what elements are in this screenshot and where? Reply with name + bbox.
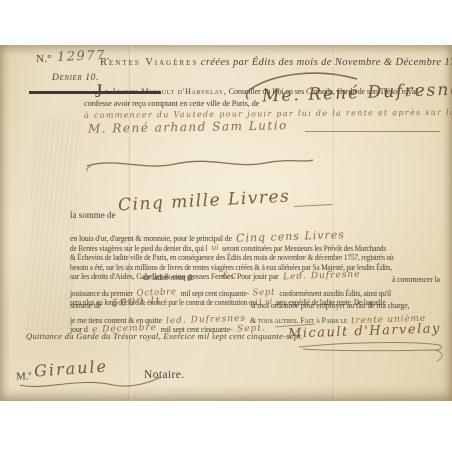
document-number-label: N.°: [36, 53, 52, 65]
document-title: Rentes Viagères créées par Édits des moi…: [100, 57, 452, 68]
body-l9-print-b: à moi ordonnée pour employer au fait de …: [252, 301, 409, 310]
quittance-line: Quittance du Garde du Trésor royal, Exer…: [26, 331, 304, 341]
wave-flourish: [85, 154, 315, 172]
sum-amount-dash: [294, 204, 332, 207]
sum-amount-handwritten: Cinq mille Livres: [118, 187, 291, 216]
tete-line-rule: [305, 131, 440, 132]
tete-line-handwritten: M. René arhand Sam Lutio: [88, 118, 288, 135]
notaire-label: Notaire.: [144, 369, 185, 381]
body-l6-print-b: à commencer la: [392, 275, 440, 284]
body-l6-handwritten: &c.: [222, 271, 241, 282]
intro-line2: confesse avoir reçu comptant en cette vi…: [84, 98, 259, 108]
body-line-5: sur les droits d'Aides, Gabelles & cinq …: [70, 266, 364, 284]
body-l5-handwritten: Led. Dufresne: [282, 269, 360, 282]
intro-opening: e Joseph Micault d'Harvelay,: [105, 86, 227, 96]
body-l9-print-a: somme de: [70, 301, 101, 310]
sum-label: la somme de: [70, 210, 116, 220]
document-scan: N.° 12977. Denier 10. Rentes Viagères cr…: [0, 45, 452, 401]
body-l6-print-a: de ladite rente de: [143, 273, 194, 282]
title-rest: créées par Édits des mois de Novembre & …: [201, 57, 452, 68]
page: { "meta": { "page_bg": "#ffffff", "paper…: [0, 0, 452, 452]
title-caps: Rentes Viagères: [100, 57, 198, 68]
signature-paraph-flourish: [295, 339, 445, 363]
notary-flourish: [18, 375, 163, 393]
denier-line: Denier 10.: [52, 73, 99, 83]
